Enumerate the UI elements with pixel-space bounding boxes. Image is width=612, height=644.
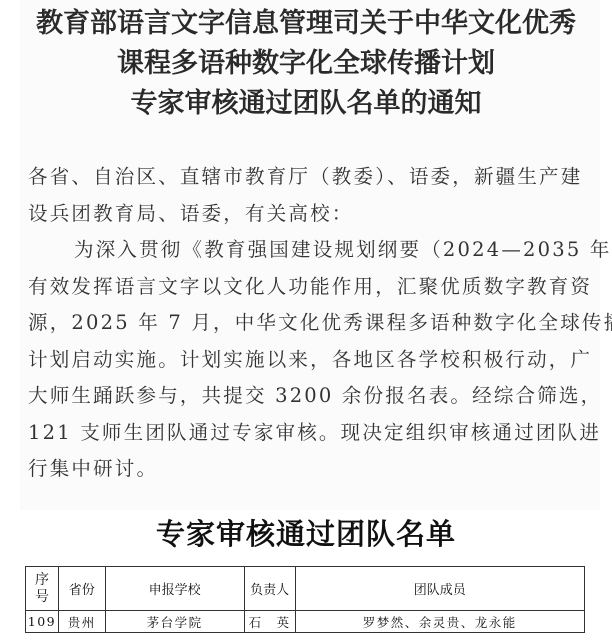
addressee-line-2: 设兵团教育局、语委，有关高校： [28,196,588,233]
list-title: 专家审核通过团队名单 [0,512,612,556]
paragraph-line-1: 为深入贯彻《教育强国建设规划纲要（2024—2035 年）》， [28,232,588,269]
paragraph-line-2: 有效发挥语言文字以文化人功能作用，汇聚优质数字教育资 [28,269,588,306]
header-province: 省份 [58,567,105,611]
title-line-2: 课程多语种数字化全球传播计划 [0,44,612,84]
paragraph-line-5: 大师生踊跃参与，共提交 3200 余份报名表。经综合筛选， [28,378,588,415]
header-leader: 负责人 [244,567,295,611]
paragraph-line-6: 121 支师生团队通过专家审核。现决定组织审核通过团队进 [28,415,588,452]
team-roster-table: 序 号 省份 申报学校 负责人 团队成员 109 贵州 茅台学院 石 英 罗梦然… [25,566,585,633]
notice-title: 教育部语言文字信息管理司关于中华文化优秀 课程多语种数字化全球传播计划 专家审核… [0,4,612,124]
addressee-line-1: 各省、自治区、直辖市教育厅（教委）、语委，新疆生产建 [28,159,588,196]
cell-leader: 石 英 [244,611,295,633]
header-members: 团队成员 [295,567,585,611]
header-seq: 序 号 [26,567,59,611]
table-header-row: 序 号 省份 申报学校 负责人 团队成员 [26,567,585,611]
paragraph-line-7: 行集中研讨。 [28,451,588,488]
notice-body: 各省、自治区、直辖市教育厅（教委）、语委，新疆生产建 设兵团教育局、语委，有关高… [28,159,588,488]
table-row: 109 贵州 茅台学院 石 英 罗梦然、余灵贵、龙永能 [26,611,585,633]
paragraph-line-4: 计划启动实施。计划实施以来，各地区各学校积极行动，广 [28,342,588,379]
title-line-3: 专家审核通过团队名单的通知 [0,84,612,124]
cell-members: 罗梦然、余灵贵、龙永能 [295,611,585,633]
title-line-1: 教育部语言文字信息管理司关于中华文化优秀 [0,4,612,44]
cell-seq: 109 [26,611,59,633]
paragraph-line-3: 源，2025 年 7 月，中华文化优秀课程多语种数字化全球传播 [28,305,588,342]
cell-province: 贵州 [58,611,105,633]
cell-school: 茅台学院 [105,611,244,633]
header-school: 申报学校 [105,567,244,611]
